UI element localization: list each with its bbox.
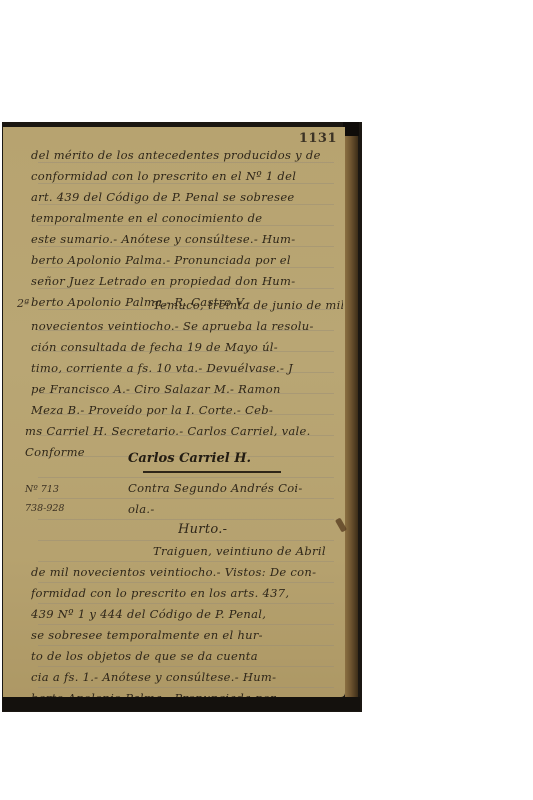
ruled-line bbox=[38, 687, 334, 688]
case-heading-line: ola.- bbox=[128, 502, 340, 516]
text-line: ms Carriel H. Secretario.- Carlos Carrie… bbox=[25, 424, 335, 438]
ruled-line bbox=[38, 204, 334, 205]
ruled-line bbox=[38, 246, 334, 247]
folio-number: 1131 bbox=[299, 131, 337, 146]
text-line: formidad con lo prescrito en los arts. 4… bbox=[31, 586, 341, 600]
ruled-line bbox=[38, 519, 334, 520]
text-line: pe Francisco A.- Ciro Salazar M.- Ramon bbox=[31, 382, 341, 396]
ruled-line bbox=[38, 162, 334, 163]
text-line: berto Apolonio Palma.- Pronunciada por e… bbox=[31, 253, 341, 267]
margin-label: 2ª bbox=[17, 298, 29, 310]
case-number: Nº 713 bbox=[25, 484, 59, 496]
text-line: 439 Nº 1 y 444 del Código de P. Penal, bbox=[31, 607, 341, 621]
ruled-line bbox=[38, 603, 334, 604]
text-line: ción consultada de fecha 19 de Mayo úl- bbox=[31, 340, 341, 354]
text-line: del mérito de los antecedentes producido… bbox=[31, 148, 341, 162]
ruled-line bbox=[38, 477, 334, 478]
signature-underline bbox=[143, 471, 281, 473]
text-line: to de los objetos de que se da cuenta bbox=[31, 649, 341, 663]
text-line: temporalmente en el conocimiento de bbox=[31, 211, 341, 225]
ruled-line bbox=[38, 645, 334, 646]
text-line: se sobresee temporalmente en el hur- bbox=[31, 628, 341, 642]
text-line: de mil novecientos veintiocho.- Vistos: … bbox=[31, 565, 341, 579]
text-line: timo, corriente a fs. 10 vta.- Devuélvas… bbox=[31, 361, 341, 375]
text-line: este sumario.- Anótese y consúltese.- Hu… bbox=[31, 232, 341, 246]
text-line: señor Juez Letrado en propiedad don Hum- bbox=[31, 274, 341, 288]
book-bottom-shadow bbox=[2, 697, 360, 711]
ruled-line bbox=[38, 540, 334, 541]
text-line: novecientos veintiocho.- Se aprueba la r… bbox=[31, 319, 341, 333]
text-line: Meza B.- Proveído por la I. Corte.- Ceb- bbox=[31, 403, 341, 417]
ruled-line bbox=[38, 183, 334, 184]
book-page-edge bbox=[345, 130, 358, 702]
case-reference: 738-928 bbox=[25, 503, 64, 515]
ruled-line bbox=[38, 582, 334, 583]
ruled-line bbox=[38, 666, 334, 667]
text-line: Traiguen, veintiuno de Abril bbox=[153, 544, 343, 558]
text-line: art. 439 del Código de P. Penal se sobre… bbox=[31, 190, 341, 204]
text-line: cia a fs. 1.- Anótese y consúltese.- Hum… bbox=[31, 670, 341, 684]
text-line: Temuco, treinta de junio de mil bbox=[153, 298, 343, 312]
ruled-line bbox=[38, 267, 334, 268]
ledger-page: 1131 del mérito de los antecedentes prod… bbox=[3, 127, 345, 697]
case-title: Hurto.- bbox=[178, 523, 345, 537]
ruled-line bbox=[38, 498, 334, 499]
ruled-line bbox=[38, 225, 334, 226]
ruled-line bbox=[38, 561, 334, 562]
case-heading-line: Contra Segundo Andrés Coi- bbox=[128, 481, 340, 495]
ruled-line bbox=[38, 288, 334, 289]
signature: Carlos Carriel H. bbox=[128, 451, 251, 466]
text-line: conformidad con lo prescrito en el Nº 1 … bbox=[31, 169, 341, 183]
ruled-line bbox=[38, 624, 334, 625]
book-corner-shadow bbox=[343, 122, 359, 136]
text-line: berto Apolonio Palma.- Pronunciada por bbox=[31, 691, 341, 697]
